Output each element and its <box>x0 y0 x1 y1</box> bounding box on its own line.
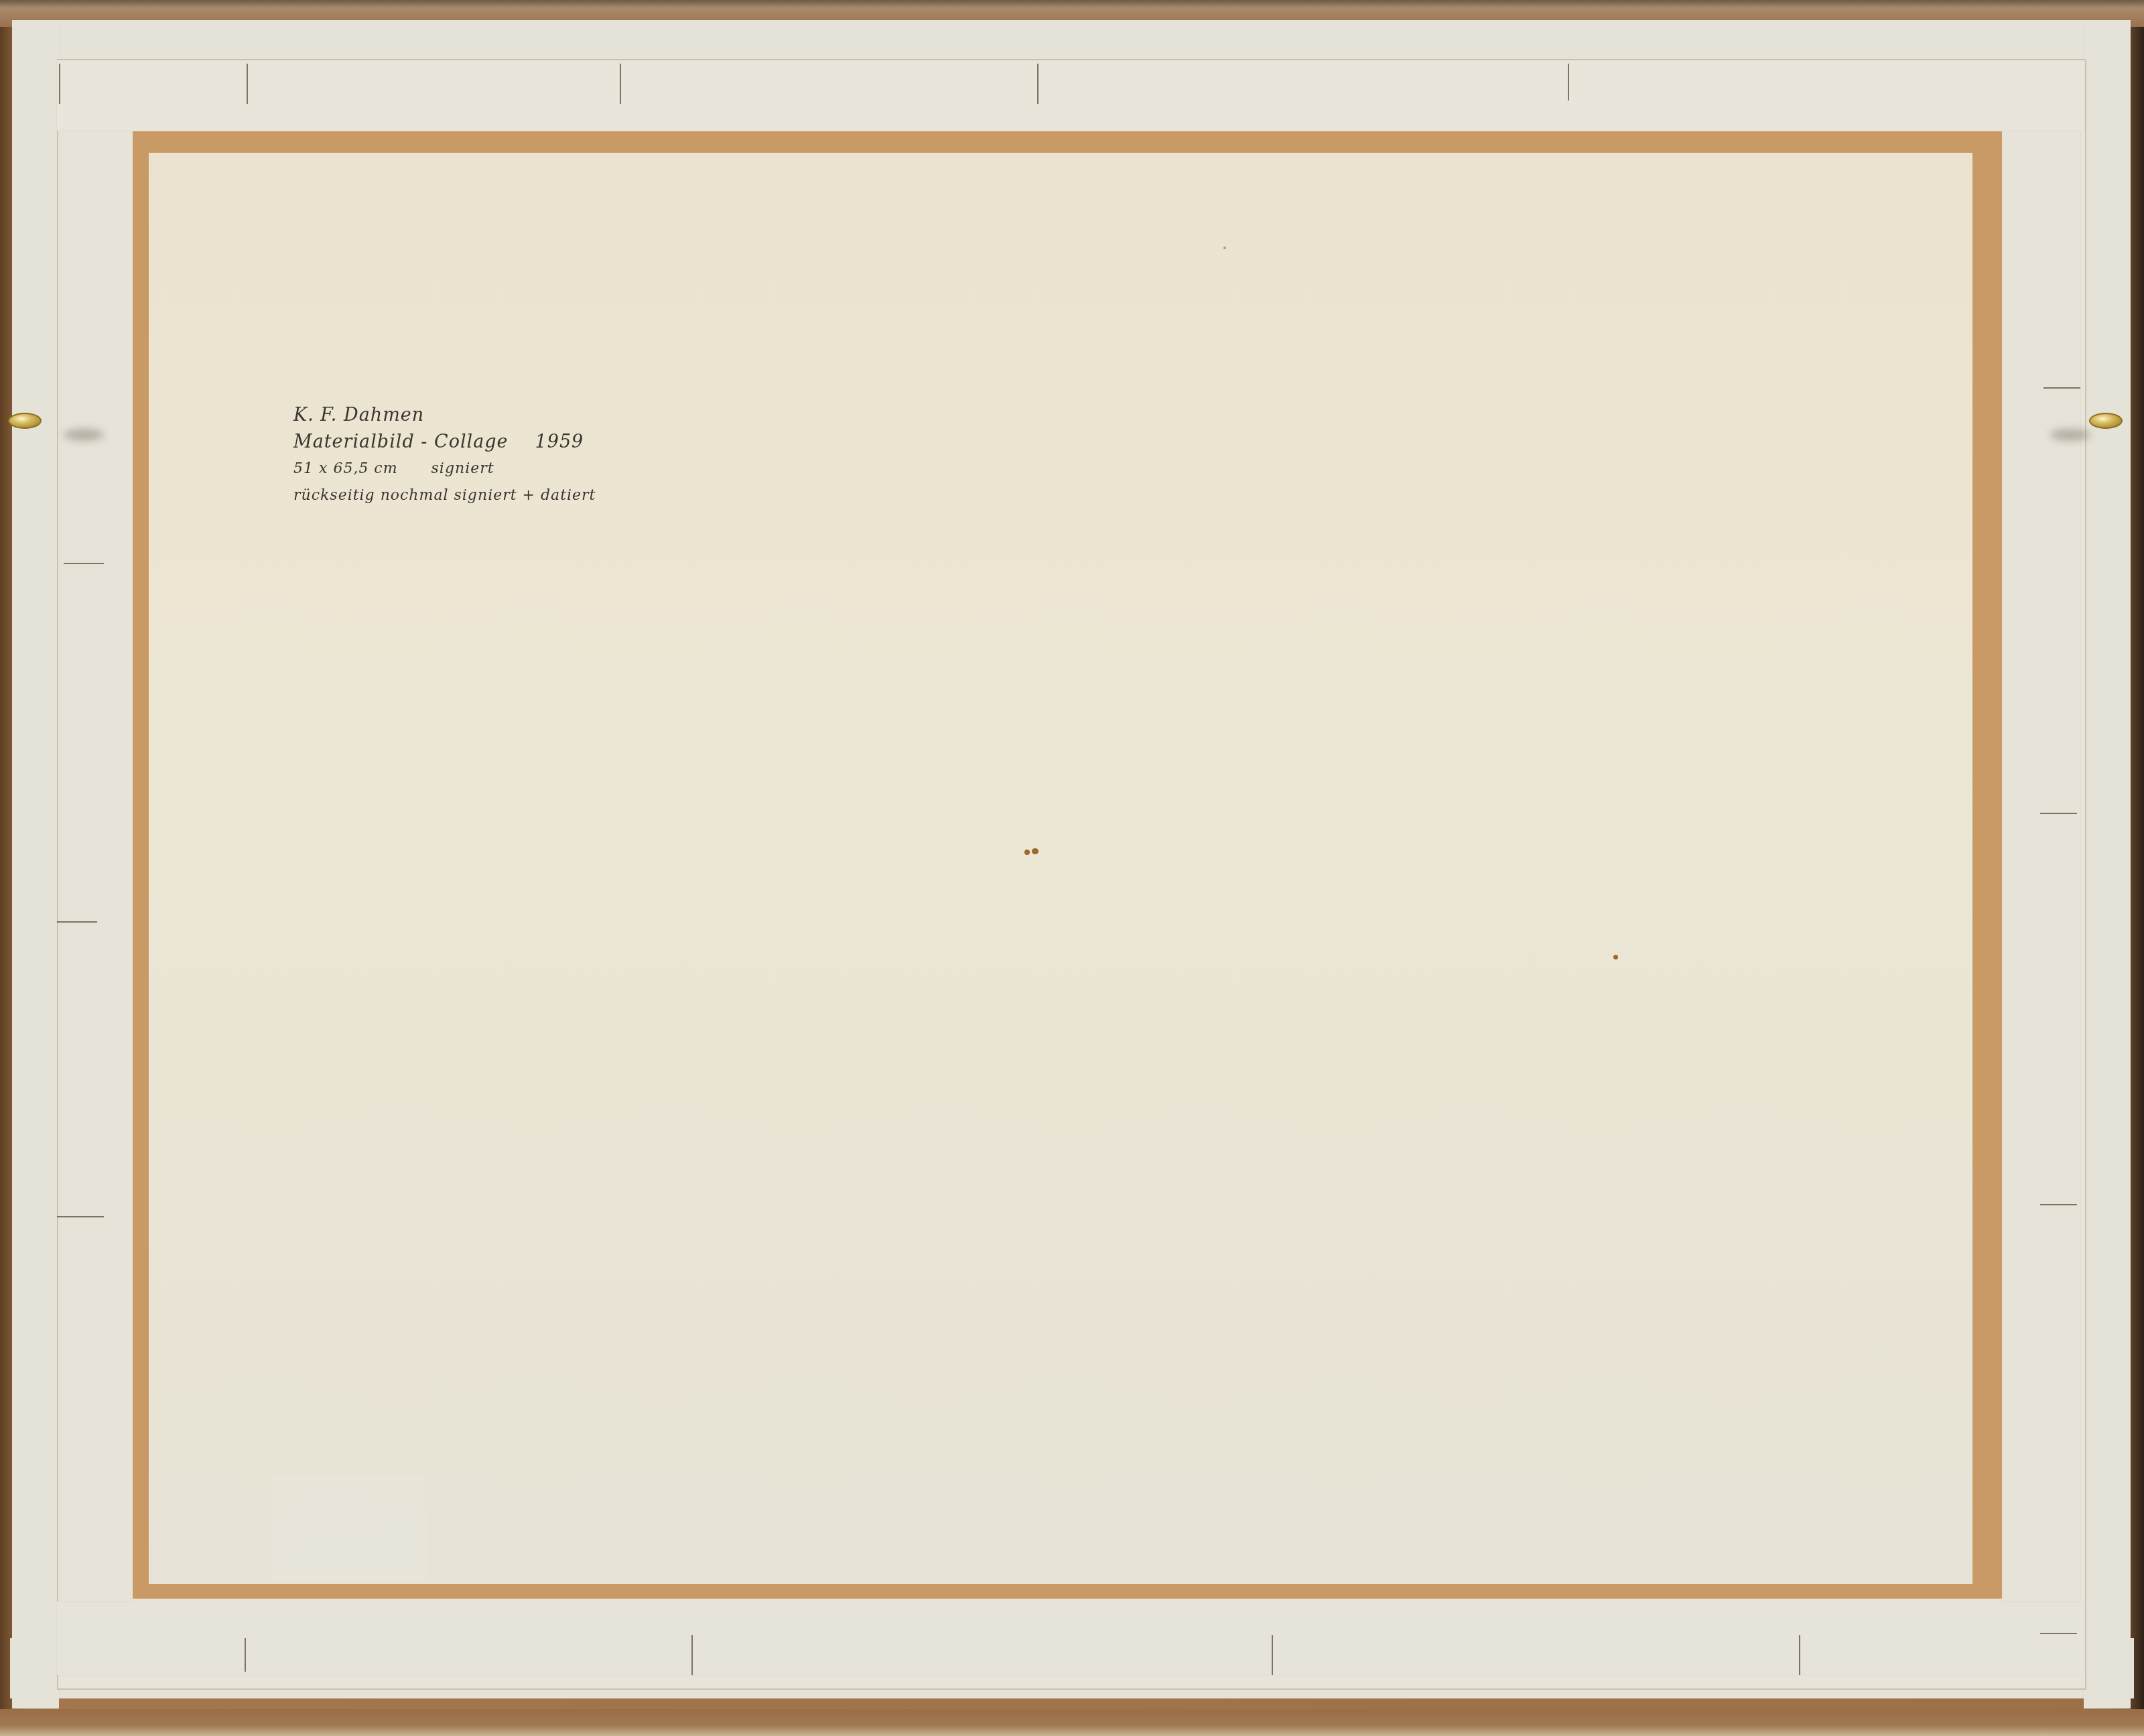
tape-top <box>13 20 2124 60</box>
pencil-mark <box>2040 1204 2077 1205</box>
pencil-mark <box>245 1638 246 1672</box>
faint-barcode-label-trace <box>271 1474 425 1581</box>
tape-left <box>12 20 59 1709</box>
right-hanger-shadow <box>2050 429 2090 441</box>
pencil-mark <box>59 64 60 104</box>
right-brass-hanger-icon <box>2089 413 2123 429</box>
left-hanger-shadow <box>64 429 104 441</box>
tape-inner-top <box>57 60 2084 131</box>
stain-spot <box>1223 247 1226 249</box>
inscription-dimensions: 51 x 65,5 cm <box>293 460 398 477</box>
pencil-mark <box>64 563 104 564</box>
tape-inner-right <box>2003 131 2080 1601</box>
pencil-mark <box>1272 1635 1273 1675</box>
pencil-mark <box>2040 1633 2077 1634</box>
frame-bottom-edge <box>0 1709 2144 1736</box>
pencil-mark <box>57 1216 104 1217</box>
pencil-mark <box>57 921 97 923</box>
inscription-note: rückseitig nochmal signiert + datiert <box>293 482 642 509</box>
inner-paper-panel <box>149 153 1972 1584</box>
stain-spot <box>1032 848 1038 854</box>
inscription-signed: signiert <box>431 460 494 477</box>
tape-right <box>2084 20 2131 1709</box>
pencil-mark <box>620 64 621 104</box>
left-brass-hanger-icon <box>8 413 42 429</box>
inscription-year: 1959 <box>535 431 584 452</box>
stain-spot <box>1024 850 1030 855</box>
tape-inner-left <box>60 131 131 1601</box>
pencil-mark <box>2044 387 2080 389</box>
inscription-artist: K. F. Dahmen <box>293 402 642 429</box>
stain-spot <box>1613 955 1618 959</box>
inscription-title: Materialbild - Collage <box>293 431 509 452</box>
pencil-mark <box>247 64 248 104</box>
inscription-dimensions-line: 51 x 65,5 cmsigniert <box>293 456 642 482</box>
pencil-mark <box>2040 813 2077 814</box>
handwritten-inscription: K. F. Dahmen Materialbild - Collage1959 … <box>293 402 642 509</box>
inscription-title-line: Materialbild - Collage1959 <box>293 429 642 456</box>
tape-inner-bottom <box>57 1601 2084 1675</box>
pencil-mark <box>1799 1635 1800 1675</box>
pencil-mark <box>1037 64 1038 104</box>
pencil-mark <box>1568 64 1569 101</box>
pencil-mark <box>691 1635 693 1675</box>
